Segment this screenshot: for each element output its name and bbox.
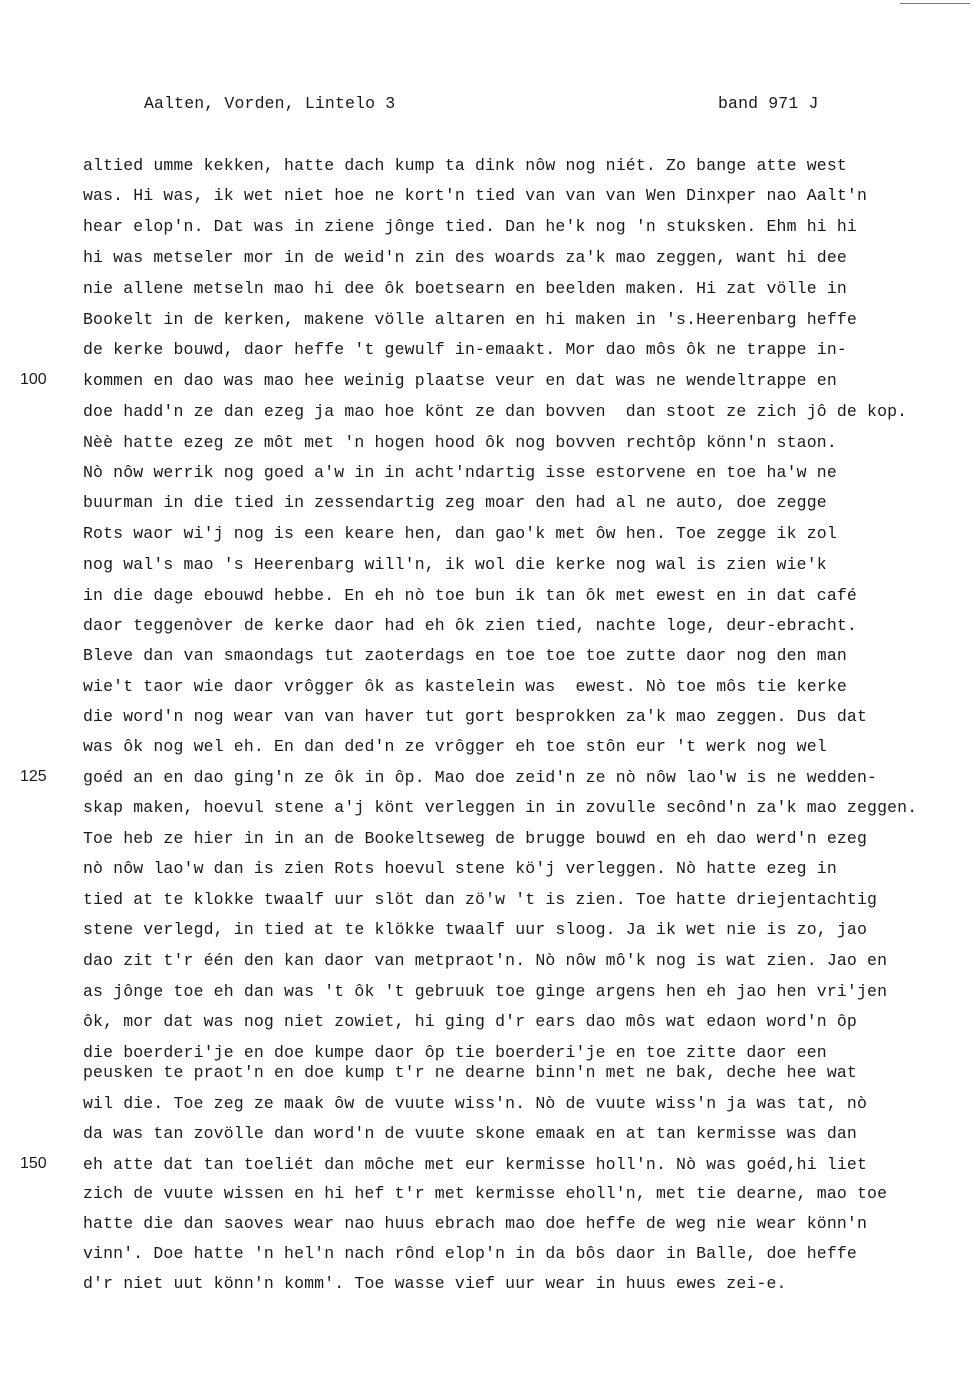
- transcript-line: Bleve dan van smaondags tut zaoterdags e…: [83, 646, 847, 665]
- transcript-line: vinn'. Doe hatte 'n hel'n nach rônd elop…: [83, 1244, 857, 1263]
- transcript-line: nog wal's mao 's Heerenbarg will'n, ik w…: [83, 555, 827, 574]
- transcript-line: goéd an en dao ging'n ze ôk in ôp. Mao d…: [83, 768, 877, 787]
- margin-line-number: 100: [20, 371, 47, 389]
- transcript-line: zich de vuute wissen en hi hef t'r met k…: [83, 1184, 887, 1203]
- transcript-line: ôk, mor dat was nog niet zowiet, hi ging…: [83, 1012, 857, 1031]
- transcript-line: as jônge toe eh dan was 't ôk 't gebruuk…: [83, 982, 887, 1001]
- transcript-line: wie't taor wie daor vrôgger ôk as kastel…: [83, 677, 847, 696]
- transcript-line: daor teggenòver de kerke daor had eh ôk …: [83, 616, 857, 635]
- header-location: Aalten, Vorden, Lintelo 3: [144, 94, 395, 113]
- transcript-line: Toe heb ze hier in in an de Bookeltseweg…: [83, 829, 867, 848]
- transcript-line: eh atte dat tan toeliét dan môche met eu…: [83, 1155, 867, 1174]
- transcript-line: hi was metseler mor in de weid'n zin des…: [83, 248, 847, 267]
- transcript-line: die boerderi'je en doe kumpe daor ôp tie…: [83, 1043, 827, 1062]
- transcript-line: buurman in die tied in zessendartig zeg …: [83, 493, 827, 512]
- transcript-line: skap maken, hoevul stene a'j könt verleg…: [83, 798, 917, 817]
- transcript-line: tied at te klokke twaalf uur slöt dan zö…: [83, 890, 877, 909]
- transcript-line: de kerke bouwd, daor heffe 't gewulf in-…: [83, 340, 847, 359]
- transcript-line: d'r niet uut könn'n komm'. Toe wasse vie…: [83, 1274, 787, 1293]
- transcript-page: Aalten, Vorden, Lintelo 3 band 971 J 100…: [0, 0, 973, 1393]
- transcript-line: doe hadd'n ze dan ezeg ja mao hoe könt z…: [83, 402, 907, 421]
- transcript-line: kommen en dao was mao hee weinig plaatse…: [83, 371, 837, 390]
- transcript-line: Nèè hatte ezeg ze môt met 'n hogen hood …: [83, 433, 837, 452]
- transcript-line: was. Hi was, ik wet niet hoe ne kort'n t…: [83, 186, 867, 205]
- transcript-line: dao zit t'r één den kan daor van metprao…: [83, 951, 887, 970]
- transcript-line: nie allene metseln mao hi dee ôk boetsea…: [83, 279, 847, 298]
- transcript-line: wil die. Toe zeg ze maak ôw de vuute wis…: [83, 1094, 867, 1113]
- transcript-line: hear elop'n. Dat was in ziene jônge tied…: [83, 217, 857, 236]
- header-tape-number: band 971 J: [718, 94, 819, 113]
- transcript-line: nò nôw lao'w dan is zien Rots hoevul ste…: [83, 859, 837, 878]
- transcript-line: was ôk nog wel eh. En dan ded'n ze vrôgg…: [83, 737, 827, 756]
- transcript-line: da was tan zovölle dan word'n de vuute s…: [83, 1124, 857, 1143]
- margin-line-number: 125: [20, 768, 47, 786]
- page-edge-rule: [900, 3, 970, 4]
- transcript-line: stene verlegd, in tied at te klökke twaa…: [83, 920, 867, 939]
- transcript-line: hatte die dan saoves wear nao huus ebrac…: [83, 1214, 867, 1233]
- transcript-line: in die dage ebouwd hebbe. En eh nò toe b…: [83, 586, 857, 605]
- transcript-line: peusken te praot'n en doe kump t'r ne de…: [83, 1063, 857, 1082]
- transcript-line: Rots waor wi'j nog is een keare hen, dan…: [83, 524, 837, 543]
- transcript-line: die word'n nog wear van van haver tut go…: [83, 707, 867, 726]
- margin-line-number: 150: [20, 1155, 47, 1173]
- transcript-line: Bookelt in de kerken, makene völle altar…: [83, 310, 857, 329]
- transcript-line: Nò nôw werrik nog goed a'w in in acht'nd…: [83, 463, 837, 482]
- transcript-line: altied umme kekken, hatte dach kump ta d…: [83, 156, 847, 175]
